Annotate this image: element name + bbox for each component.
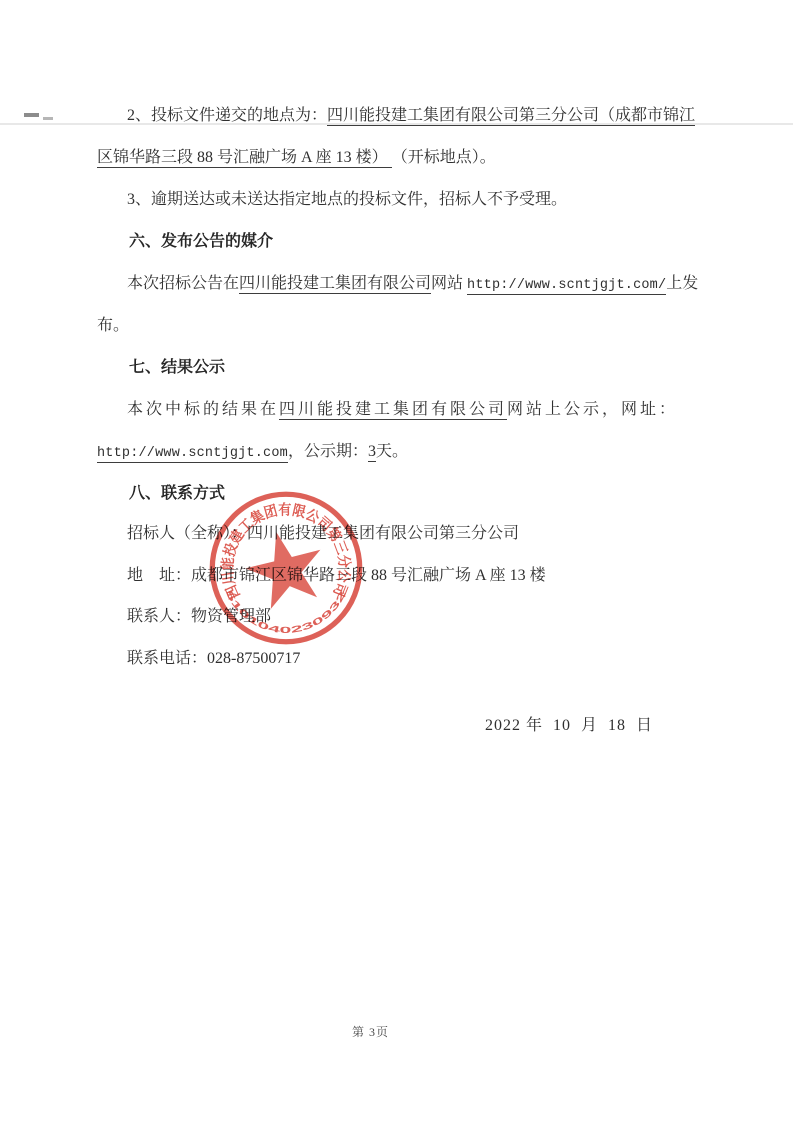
contact-person: 联系人：物资管理部	[127, 607, 271, 627]
contact-phone: 联系电话：028-87500717	[127, 649, 300, 669]
paragraph-delivery-location-line2: 区锦华路三段 88 号汇融广场 A 座 13 楼） （开标地点）。	[97, 148, 496, 168]
heading-text: 八、联系方式	[129, 485, 225, 502]
paragraph-delivery-location-line1: 2、投标文件递交的地点为：四川能投建工集团有限公司第三分公司（成都市锦江	[127, 106, 695, 126]
paragraph-announcement-website-line1: 本次招标公告在四川能投建工集团有限公司网站 http://www.scntjgj…	[127, 274, 698, 296]
paragraph-announcement-website-line2: 布。	[97, 316, 129, 336]
section-heading-result: 七、结果公示	[129, 358, 225, 378]
paragraph-text: 2、投标文件递交的地点为：	[127, 107, 327, 124]
paragraph-text: 3、逾期送达或未送达指定地点的投标文件，招标人不予受理。	[127, 191, 567, 208]
paragraph-text: ，公示期：	[288, 443, 368, 460]
underlined-company-address: 区锦华路三段 88 号汇融广场 A 座 13 楼）	[97, 149, 392, 168]
underlined-website-url: http://www.scntjgjt.com	[97, 446, 288, 463]
paragraph-text: 地 址：成都市锦江区锦华路三段 88 号汇融广场 A 座 13 楼	[127, 567, 546, 584]
paragraph-text: 本次招标公告在	[127, 275, 239, 292]
underlined-company-name: 四川能投建工集团有限公司	[239, 275, 431, 294]
page-number: 第 3页	[352, 1023, 389, 1040]
section-heading-media: 六、发布公告的媒介	[129, 232, 273, 252]
paragraph-text: 联系人：物资管理部	[127, 608, 271, 625]
paragraph-text: 布。	[97, 317, 129, 334]
scan-artifact-mark	[24, 113, 39, 117]
heading-text: 六、发布公告的媒介	[129, 233, 273, 250]
page-number-text: 第 3页	[352, 1025, 389, 1039]
underlined-publicity-days: 3	[368, 443, 376, 462]
scan-artifact-mark	[43, 117, 53, 120]
section-heading-contact: 八、联系方式	[129, 484, 225, 504]
paragraph-text: 本次中标的结果在	[127, 401, 279, 418]
underlined-company-name: 四川能投建工集团有限公司	[279, 401, 507, 420]
date-text: 2022 年 10 月 18 日	[485, 717, 653, 734]
underlined-website-url: http://www.scntjgjt.com/	[467, 278, 666, 295]
document-date: 2022 年 10 月 18 日	[485, 716, 653, 736]
paragraph-late-delivery: 3、逾期送达或未送达指定地点的投标文件，招标人不予受理。	[127, 190, 567, 210]
paragraph-text: 网站	[431, 275, 467, 292]
paragraph-text: 联系电话：028-87500717	[127, 650, 300, 667]
paragraph-text: 招标人（全称）：四川能投建工集团有限公司第三分公司	[127, 525, 519, 542]
contact-address: 地 址：成都市锦江区锦华路三段 88 号汇融广场 A 座 13 楼	[127, 566, 546, 586]
seal-ring-text: 四川能投建工集团有限公司第三分公司	[218, 500, 354, 601]
contact-tenderer-name: 招标人（全称）：四川能投建工集团有限公司第三分公司	[127, 524, 519, 544]
underlined-company-address: 四川能投建工集团有限公司第三分公司（成都市锦江	[327, 107, 695, 126]
paragraph-result-publicity-line2: http://www.scntjgjt.com，公示期：3天。	[97, 442, 408, 464]
paragraph-text: （开标地点）。	[392, 149, 496, 166]
heading-text: 七、结果公示	[129, 359, 225, 376]
paragraph-result-publicity-line1: 本次中标的结果在四川能投建工集团有限公司网站上公示，网址：	[127, 400, 678, 420]
paragraph-text: 天。	[376, 443, 408, 460]
paragraph-text: 网站上公示，网址：	[507, 401, 678, 418]
paragraph-text: 上发	[666, 275, 698, 292]
document-page: 2、投标文件递交的地点为：四川能投建工集团有限公司第三分公司（成都市锦江 区锦华…	[0, 0, 793, 1123]
